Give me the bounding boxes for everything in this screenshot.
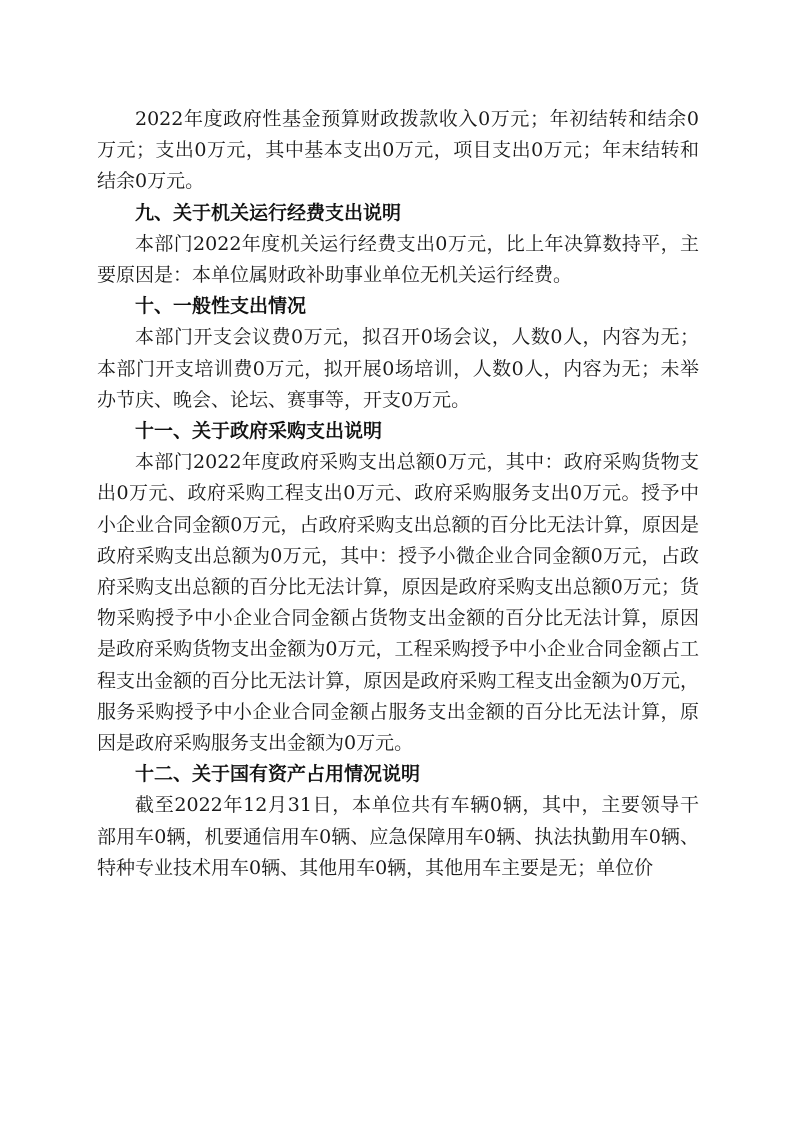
paragraph-government-fund-budget: 2022年度政府性基金预算财政拨款收入0万元；年初结转和结余0万元；支出0万元，…: [97, 104, 699, 198]
paragraph-operating-expenses: 本部门2022年度机关运行经费支出0万元，比上年决算数持平，主要原因是：本单位属…: [97, 229, 699, 291]
paragraph-government-procurement: 本部门2022年度政府采购支出总额0万元，其中：政府采购货物支出0万元、政府采购…: [97, 447, 699, 759]
heading-section-12: 十二、关于国有资产占用情况说明: [97, 759, 699, 790]
heading-section-9: 九、关于机关运行经费支出说明: [97, 198, 699, 229]
heading-section-11: 十一、关于政府采购支出说明: [97, 416, 699, 447]
heading-section-10: 十、一般性支出情况: [97, 291, 699, 322]
paragraph-state-assets: 截至2022年12月31日，本单位共有车辆0辆，其中，主要领导干部用车0辆，机要…: [97, 790, 699, 884]
paragraph-general-expenses: 本部门开支会议费0万元，拟召开0场会议，人数0人，内容为无；本部门开支培训费0万…: [97, 322, 699, 416]
document-page: 2022年度政府性基金预算财政拨款收入0万元；年初结转和结余0万元；支出0万元，…: [97, 104, 699, 884]
